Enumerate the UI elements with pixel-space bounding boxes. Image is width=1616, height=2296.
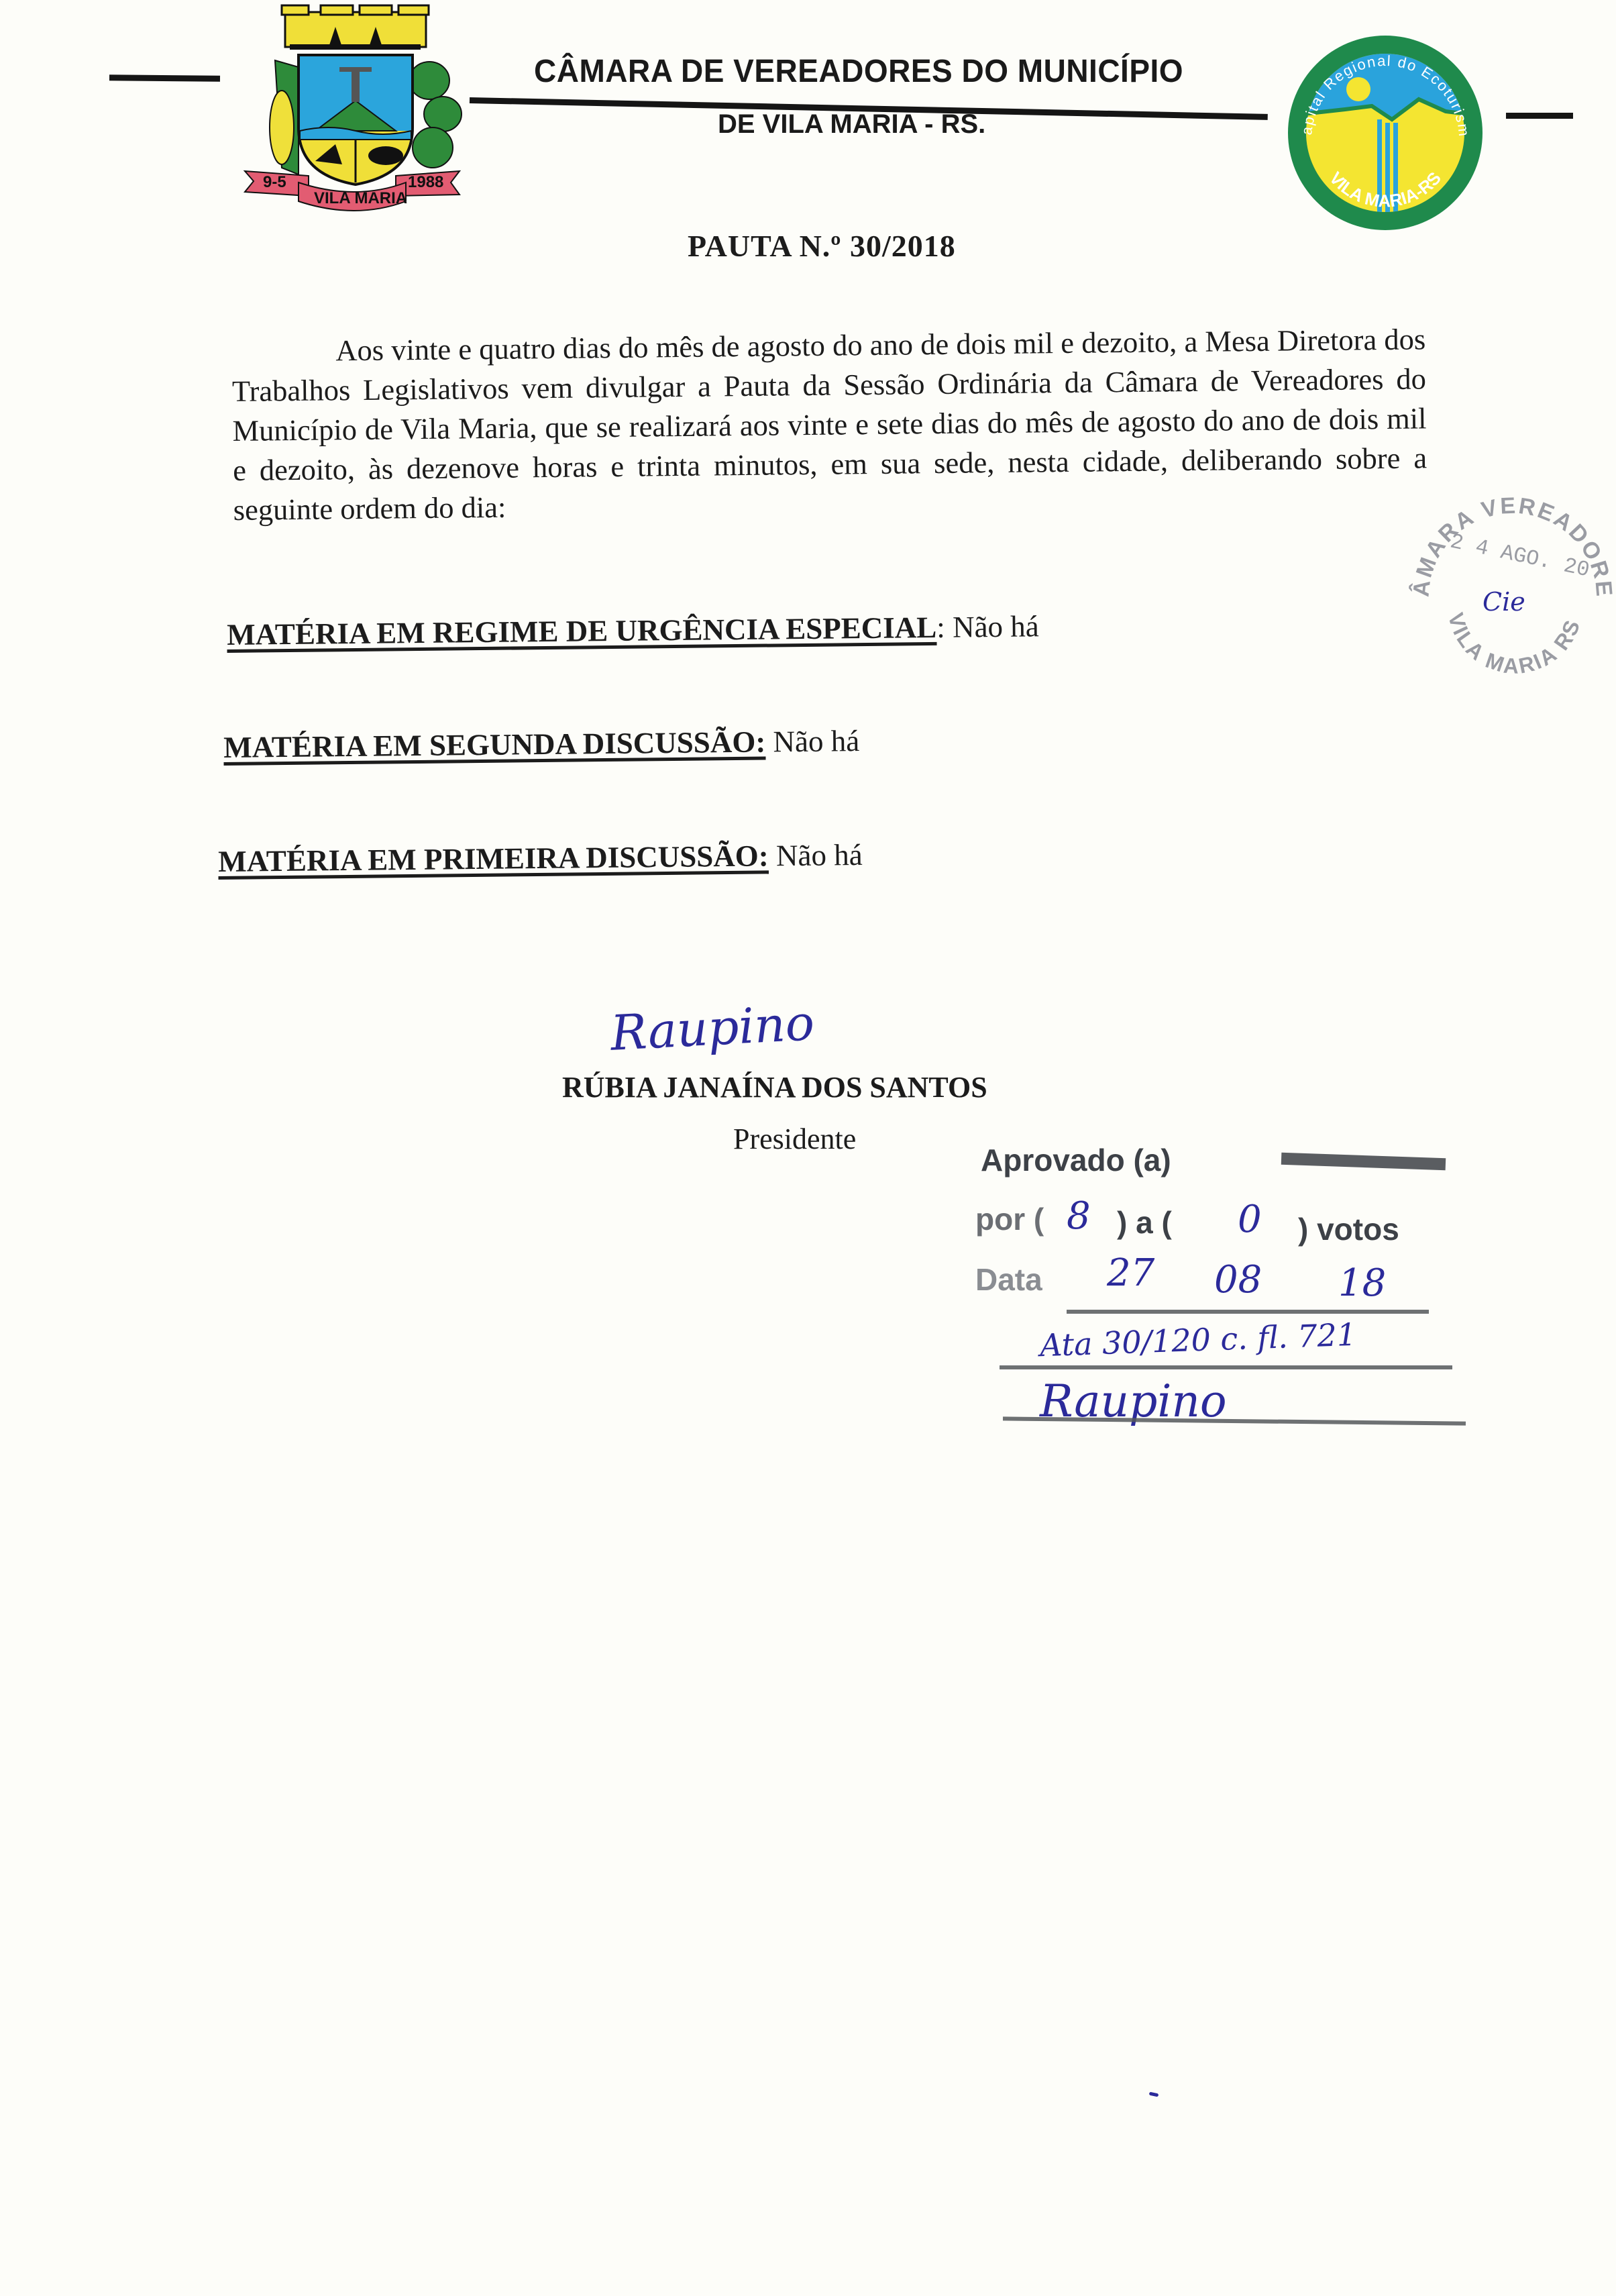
section-value: Não há	[945, 609, 1039, 643]
emblem-ribbon-right: 1988	[408, 173, 443, 192]
approval-label: Aprovado (a)	[981, 1142, 1171, 1178]
body-paragraph: Aos vinte e quatro dias do mês de agosto…	[231, 319, 1428, 530]
header-subtitle: DE VILA MARIA - RS.	[718, 109, 985, 140]
header-rule-right	[1506, 113, 1573, 119]
president-signature: Raupino	[609, 994, 816, 1061]
record-note: Ata 30/120 c. fl. 721	[1039, 1316, 1357, 1363]
svg-text:VILA MARIA RS: VILA MARIA RS	[1444, 611, 1585, 678]
votes-a-label: ) a (	[1117, 1204, 1172, 1241]
stamp-line	[1067, 1310, 1429, 1314]
section-label: MATÉRIA EM PRIMEIRA DISCUSSÃO:	[218, 839, 769, 878]
votes-por-label: por (	[975, 1201, 1044, 1237]
coat-of-arms-icon: 9-5 VILA MARIA 1988	[235, 0, 470, 215]
ecotourism-seal-icon: Capital Regional do Ecoturismo VILA MARI…	[1285, 32, 1486, 233]
section-urgencia: MATÉRIA EM REGIME DE URGÊNCIA ESPECIAL: …	[227, 609, 1039, 652]
section-label: MATÉRIA EM SEGUNDA DISCUSSÃO:	[223, 725, 766, 764]
ink-mark	[1149, 2092, 1159, 2097]
votos-label: ) votos	[1298, 1211, 1399, 1247]
emblem-ribbon-center: VILA MARIA	[314, 189, 407, 208]
date-year: 18	[1338, 1261, 1386, 1305]
section-value: Não há	[768, 838, 862, 872]
emblem-ribbon-left: 9-5	[263, 173, 286, 192]
date-label: Data	[975, 1261, 1042, 1298]
header-rule-left	[109, 74, 220, 81]
receipt-stamp-initials: Cie	[1483, 587, 1525, 617]
signatory-role: Presidente	[733, 1122, 856, 1156]
page-title: PAUTA N.º 30/2018	[688, 228, 956, 264]
date-day: 27	[1107, 1251, 1154, 1295]
votes-against: 0	[1238, 1198, 1262, 1241]
approval-stamp: Aprovado (a) por ( 8 ) a ( 0 ) votos Dat…	[966, 1134, 1476, 1449]
section-segunda-discussao: MATÉRIA EM SEGUNDA DISCUSSÃO: Não há	[223, 723, 859, 765]
signatory-name: RÚBIA JANAÍNA DOS SANTOS	[562, 1070, 987, 1104]
stamp-line	[1000, 1365, 1452, 1369]
receipt-stamp: CÂMARA VEREADORES VILA MARIA RS 2 4 AGO.…	[1402, 470, 1616, 691]
section-value: Não há	[765, 724, 859, 758]
votes-for: 8	[1067, 1194, 1091, 1238]
section-primeira-discussao: MATÉRIA EM PRIMEIRA DISCUSSÃO: Não há	[218, 837, 863, 879]
date-month: 08	[1214, 1258, 1262, 1302]
stamp-line	[1281, 1153, 1446, 1171]
header-title: CÂMARA DE VEREADORES DO MUNICÍPIO	[534, 52, 1183, 90]
section-label: MATÉRIA EM REGIME DE URGÊNCIA ESPECIAL	[227, 611, 937, 651]
